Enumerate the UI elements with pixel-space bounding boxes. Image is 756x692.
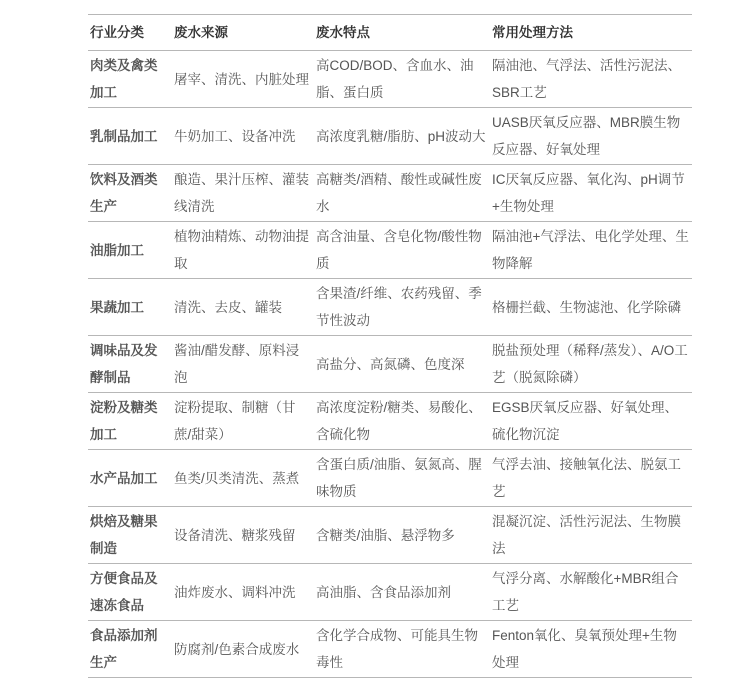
industry-cell: 食品添加剂生产 (88, 621, 172, 678)
treatment-cell: IC厌氧反应器、氧化沟、pH调节+生物处理 (490, 165, 692, 222)
column-header-source: 废水来源 (172, 15, 314, 51)
treatment-cell: EGSB厌氧反应器、好氧处理、硫化物沉淀 (490, 393, 692, 450)
table-row: 饮料及酒类生产 酿造、果汁压榨、灌装线清洗 高糖类/酒精、酸性或碱性废水 IC厌… (88, 165, 692, 222)
source-cell: 屠宰、清洗、内脏处理 (172, 51, 314, 108)
industry-cell: 乳制品加工 (88, 108, 172, 165)
table-row: 乳制品加工 牛奶加工、设备冲洗 高浓度乳糖/脂肪、pH波动大 UASB厌氧反应器… (88, 108, 692, 165)
industry-cell: 果蔬加工 (88, 279, 172, 336)
industry-cell: 饮料及酒类生产 (88, 165, 172, 222)
table-row: 烘焙及糖果制造 设备清洗、糖浆残留 含糖类/油脂、悬浮物多 混凝沉淀、活性污泥法… (88, 507, 692, 564)
source-cell: 油炸废水、调料冲洗 (172, 564, 314, 621)
source-cell: 鱼类/贝类清洗、蒸煮 (172, 450, 314, 507)
source-cell: 设备清洗、糖浆残留 (172, 507, 314, 564)
industry-cell: 调味品及发酵制品 (88, 336, 172, 393)
table-row: 水产品加工 鱼类/贝类清洗、蒸煮 含蛋白质/油脂、氨氮高、腥味物质 气浮去油、接… (88, 450, 692, 507)
column-header-industry: 行业分类 (88, 15, 172, 51)
column-header-characteristics: 废水特点 (314, 15, 490, 51)
table-row: 食品添加剂生产 防腐剂/色素合成废水 含化学合成物、可能具生物毒性 Fenton… (88, 621, 692, 678)
treatment-cell: 隔油池+气浮法、电化学处理、生物降解 (490, 222, 692, 279)
table-row: 淀粉及糖类加工 淀粉提取、制糖（甘蔗/甜菜） 高浓度淀粉/糖类、易酸化、含硫化物… (88, 393, 692, 450)
table-container: 行业分类 废水来源 废水特点 常用处理方法 肉类及禽类加工 屠宰、清洗、内脏处理… (88, 14, 692, 678)
characteristics-cell: 高浓度乳糖/脂肪、pH波动大 (314, 108, 490, 165)
characteristics-cell: 高含油量、含皂化物/酸性物质 (314, 222, 490, 279)
characteristics-cell: 含化学合成物、可能具生物毒性 (314, 621, 490, 678)
treatment-cell: 隔油池、气浮法、活性污泥法、SBR工艺 (490, 51, 692, 108)
treatment-cell: 脱盐预处理（稀释/蒸发）、A/O工艺（脱氮除磷） (490, 336, 692, 393)
source-cell: 防腐剂/色素合成废水 (172, 621, 314, 678)
treatment-cell: 混凝沉淀、活性污泥法、生物膜法 (490, 507, 692, 564)
treatment-cell: 气浮去油、接触氧化法、脱氨工艺 (490, 450, 692, 507)
industry-cell: 淀粉及糖类加工 (88, 393, 172, 450)
header-row: 行业分类 废水来源 废水特点 常用处理方法 (88, 15, 692, 51)
source-cell: 牛奶加工、设备冲洗 (172, 108, 314, 165)
table-row: 果蔬加工 清洗、去皮、罐装 含果渣/纤维、农药残留、季节性波动 格栅拦截、生物滤… (88, 279, 692, 336)
characteristics-cell: 含蛋白质/油脂、氨氮高、腥味物质 (314, 450, 490, 507)
characteristics-cell: 含果渣/纤维、农药残留、季节性波动 (314, 279, 490, 336)
source-cell: 酱油/醋发酵、原料浸泡 (172, 336, 314, 393)
characteristics-cell: 含糖类/油脂、悬浮物多 (314, 507, 490, 564)
column-header-treatment: 常用处理方法 (490, 15, 692, 51)
characteristics-cell: 高浓度淀粉/糖类、易酸化、含硫化物 (314, 393, 490, 450)
wastewater-treatment-table: 行业分类 废水来源 废水特点 常用处理方法 肉类及禽类加工 屠宰、清洗、内脏处理… (88, 14, 692, 678)
characteristics-cell: 高油脂、含食品添加剂 (314, 564, 490, 621)
treatment-cell: 气浮分离、水解酸化+MBR组合工艺 (490, 564, 692, 621)
characteristics-cell: 高COD/BOD、含血水、油脂、蛋白质 (314, 51, 490, 108)
industry-cell: 水产品加工 (88, 450, 172, 507)
source-cell: 酿造、果汁压榨、灌装线清洗 (172, 165, 314, 222)
source-cell: 清洗、去皮、罐装 (172, 279, 314, 336)
industry-cell: 方便食品及速冻食品 (88, 564, 172, 621)
industry-cell: 烘焙及糖果制造 (88, 507, 172, 564)
treatment-cell: UASB厌氧反应器、MBR膜生物反应器、好氧处理 (490, 108, 692, 165)
industry-cell: 油脂加工 (88, 222, 172, 279)
characteristics-cell: 高盐分、高氮磷、色度深 (314, 336, 490, 393)
characteristics-cell: 高糖类/酒精、酸性或碱性废水 (314, 165, 490, 222)
treatment-cell: Fenton氧化、臭氧预处理+生物处理 (490, 621, 692, 678)
table-row: 方便食品及速冻食品 油炸废水、调料冲洗 高油脂、含食品添加剂 气浮分离、水解酸化… (88, 564, 692, 621)
industry-cell: 肉类及禽类加工 (88, 51, 172, 108)
table-row: 调味品及发酵制品 酱油/醋发酵、原料浸泡 高盐分、高氮磷、色度深 脱盐预处理（稀… (88, 336, 692, 393)
source-cell: 淀粉提取、制糖（甘蔗/甜菜） (172, 393, 314, 450)
treatment-cell: 格栅拦截、生物滤池、化学除磷 (490, 279, 692, 336)
source-cell: 植物油精炼、动物油提取 (172, 222, 314, 279)
table-row: 肉类及禽类加工 屠宰、清洗、内脏处理 高COD/BOD、含血水、油脂、蛋白质 隔… (88, 51, 692, 108)
table-row: 油脂加工 植物油精炼、动物油提取 高含油量、含皂化物/酸性物质 隔油池+气浮法、… (88, 222, 692, 279)
